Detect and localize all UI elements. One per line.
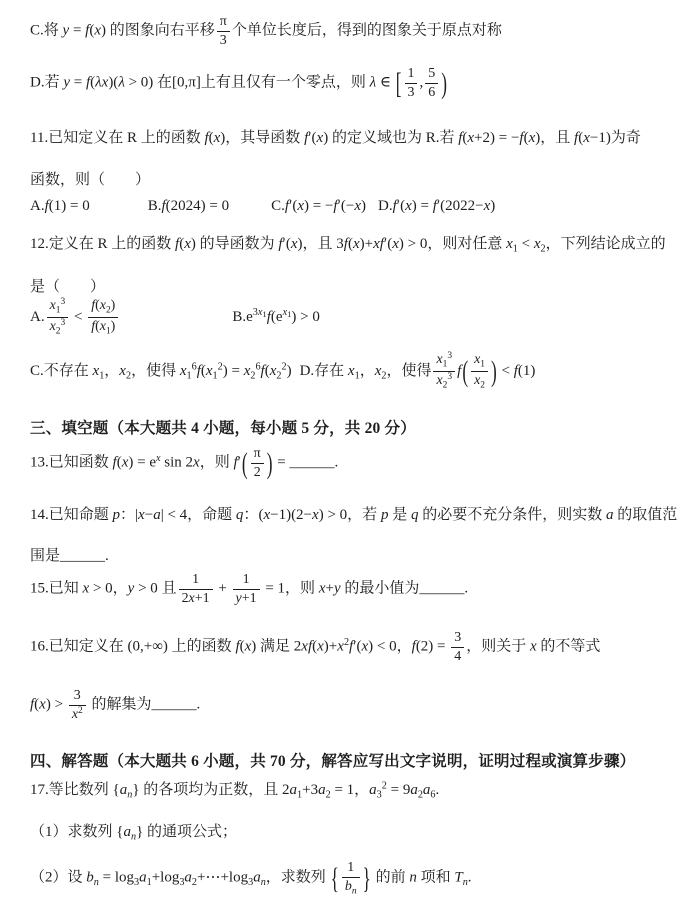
fraction-denominator: x2 [69, 706, 86, 723]
math-run: ′( [384, 236, 392, 252]
math-variable: x [317, 639, 324, 655]
stretch-bracket: [ [396, 68, 402, 97]
math-variable: x [119, 363, 126, 379]
fraction: f(x2)f(x1) [88, 298, 118, 337]
subscript: 2 [443, 381, 448, 391]
text-run: 的取值范 [613, 507, 677, 523]
text-run: ， [104, 363, 119, 379]
text-run: ，且 [303, 236, 337, 252]
text-run: ，命题 [187, 507, 236, 523]
math-run: −1) [590, 130, 611, 146]
text-run: 是（ ） [30, 279, 105, 295]
text-run: 15.已知 [30, 581, 83, 597]
fraction-numerator: π [217, 14, 230, 32]
math-variable: b [86, 870, 94, 886]
text-run: B. [148, 198, 162, 214]
question-11-stem-line-1: 11.已知定义在 R 上的函数 f(x)，其导函数 f′(x) 的定义域也为 R… [30, 128, 641, 148]
math-variable: xf [373, 236, 384, 252]
text-run: （1）求数列 [30, 824, 116, 840]
math-variable: x [337, 639, 344, 655]
text-run: （2）设 [30, 870, 86, 886]
math-run: ) = − [304, 198, 333, 214]
math-run: = 9 [387, 782, 410, 798]
superscript: 3 [61, 318, 66, 328]
text-run: ： [120, 507, 135, 523]
fraction-denominator: x23 [47, 318, 69, 337]
text-run: ，且 [540, 130, 574, 146]
text-run: 在 [153, 75, 172, 91]
math-run: ) > 0 [319, 507, 347, 523]
text-run: B. [232, 309, 246, 325]
math-run: ∈ [376, 75, 395, 91]
math-variable: b [345, 879, 352, 894]
math-variable: x [506, 236, 513, 252]
fraction: 12x+1 [179, 572, 213, 606]
math-run: )+ [360, 236, 373, 252]
math-run: e [276, 309, 283, 325]
math-variable: x [39, 697, 46, 713]
math-run: ) < 0 [368, 639, 396, 655]
text-run: D.存在 [300, 363, 348, 379]
math-run: )+ [324, 639, 337, 655]
fraction-denominator: f(x1) [88, 318, 118, 337]
question-11-stem-line-2: 函数，则（ ） [30, 170, 150, 190]
superscript: 3 [61, 297, 66, 307]
question-13: 13.已知函数 f(x) = ex sin 2x，则 f′(π2) = ____… [30, 446, 338, 480]
math-run: (2) = [416, 639, 449, 655]
text-run: C.不存在 [30, 363, 93, 379]
math-run: > 0 [89, 581, 112, 597]
math-variable: x [530, 639, 537, 655]
math-run: ′( [397, 198, 405, 214]
superscript: 3x1 [253, 307, 267, 318]
math-run: . [468, 870, 472, 886]
math-run: ) = [223, 363, 244, 379]
fraction-numerator: 3 [451, 630, 464, 648]
subscript: n [352, 886, 357, 896]
text-run: 的通项公式； [143, 824, 237, 840]
fraction-denominator: 4 [451, 648, 464, 665]
stretch-bracket: ) [441, 68, 447, 97]
math-variable: x [184, 236, 191, 252]
text-run: ， [354, 782, 369, 798]
fraction: x1x2 [471, 352, 488, 391]
text-run: ，使得 [386, 363, 431, 379]
math-variable: λx [95, 75, 108, 91]
math-run: ′(2022− [437, 198, 484, 214]
section-heading-free-response: 四、解答题（本大题共 6 小题，共 70 分，解答应写出文字说明，证明过程或演算… [30, 752, 635, 773]
text-run: A. [30, 309, 45, 325]
fraction: π3 [217, 14, 230, 48]
fraction-numerator: 1 [233, 572, 260, 590]
math-variable: x [312, 507, 319, 523]
question-17-part-2: （2）设 bn = log3a1+log3a2+⋯+log3an，求数列 {1b… [30, 860, 472, 896]
math-variable: a [153, 507, 161, 523]
stretch-bracket: ( [242, 448, 248, 477]
text-run: 三、填空题（本大题共 4 小题，每小题 5 分，共 20 分） [30, 420, 416, 437]
math-variable: a [123, 824, 131, 840]
math-run: ) = e [128, 455, 156, 471]
question-12-stem-line-2: 是（ ） [30, 277, 105, 297]
math-run: sin 2 [161, 455, 194, 471]
math-variable: x [534, 236, 541, 252]
math-variable: x [94, 23, 101, 39]
stretch-bracket: { [331, 864, 339, 893]
math-run: (1) [518, 363, 536, 379]
math-variable: p [113, 507, 121, 523]
math-run: < [70, 309, 86, 325]
fraction: 3x2 [69, 688, 86, 722]
math-run: ) [111, 319, 116, 334]
math-run: = log [99, 870, 134, 886]
superscript: 2 [78, 706, 83, 716]
fraction-numerator: x13 [433, 352, 455, 372]
math-run: )( [108, 75, 118, 91]
math-run: = [70, 75, 86, 91]
fraction-denominator: x23 [433, 372, 455, 391]
math-run: ′(− [338, 198, 355, 214]
math-run: < [518, 236, 534, 252]
math-run: +2) = − [474, 130, 519, 146]
text-run: 且 [158, 581, 177, 597]
math-variable: x [405, 198, 412, 214]
fraction-numerator: 1 [405, 66, 418, 84]
math-run: ) > [46, 697, 67, 713]
math-variable: a [290, 782, 298, 798]
math-run: +1 [242, 591, 257, 606]
fraction-denominator: 6 [425, 84, 438, 101]
text-run: 个单位长度后，得到的图象关于原点对称 [232, 23, 502, 39]
superscript: 3 [447, 372, 452, 382]
math-run: = 1 [262, 581, 285, 597]
text-run: C.将 [30, 23, 63, 39]
math-run: | < 4 [161, 507, 187, 523]
math-run: ) > 0 [399, 236, 427, 252]
fraction-numerator: 3 [69, 688, 86, 706]
spacer [229, 209, 271, 210]
math-run: 2 [182, 591, 189, 606]
section-heading-fill-in-blank: 三、填空题（本大题共 4 小题，每小题 5 分，共 20 分） [30, 419, 416, 440]
text-run: 上的函数 [168, 639, 236, 655]
math-run: + [215, 581, 231, 597]
math-run: (1) = 0 [49, 198, 90, 214]
math-run: − [145, 507, 153, 523]
text-run: 的必要不充分条件，则实数 [418, 507, 606, 523]
math-run: > 0) [125, 75, 153, 91]
text-run: 的定义域也为 R.若 [328, 130, 458, 146]
fraction-numerator: 5 [425, 66, 438, 84]
text-run: A. [30, 198, 45, 214]
math-run: ) > 0 [291, 309, 319, 325]
math-variable: a [139, 870, 147, 886]
question-14-line-1: 14.已知命题 p：|x−a| < 4，命题 q：(x−1)(2−x) > 0，… [30, 505, 677, 525]
text-run: 四、解答题（本大题共 6 小题，共 70 分，解答应写出文字说明，证明过程或演算… [30, 753, 635, 770]
text-run: 的最小值为______. [341, 581, 469, 597]
math-run: ) [490, 198, 495, 214]
math-run: ) [287, 363, 292, 379]
math-variable: x [348, 363, 355, 379]
question-14-line-2: 围是______. [30, 546, 109, 566]
text-run: 13.已知函数 [30, 455, 113, 471]
math-run: > 0 [134, 581, 157, 597]
text-run: 满足 [256, 639, 294, 655]
text-run: D. [378, 198, 393, 214]
text-run: ，求数列 [266, 870, 330, 886]
question-11-options: A.f(1) = 0B.f(2024) = 0C.f′(x) = −f′(−x)… [30, 196, 495, 216]
fraction-denominator: 3 [405, 84, 418, 101]
text-run: 的不等式 [537, 639, 601, 655]
question-10-option-D: D.若 y = f(λx)(λ > 0) 在[0,π]上有且仅有一个零点，则 λ… [30, 66, 448, 100]
fraction-numerator: π [251, 446, 264, 464]
text-run: ，则关于 [466, 639, 530, 655]
math-variable: n [352, 886, 357, 896]
math-run: ′ [238, 455, 241, 471]
text-run: 14.已知命题 [30, 507, 113, 523]
math-variable: x [353, 236, 360, 252]
text-run: 的导函数为 [196, 236, 279, 252]
text-run: ，若 [347, 507, 381, 523]
math-run: < [498, 363, 514, 379]
text-run: ______. [289, 455, 338, 471]
math-run: +log [152, 870, 180, 886]
fraction-numerator: x1 [471, 352, 488, 372]
math-run: ) = [412, 198, 433, 214]
math-run: } [132, 782, 139, 798]
math-variable: x [193, 455, 200, 471]
text-run: 的解集为______. [88, 697, 201, 713]
math-variable: x [138, 507, 145, 523]
math-variable: a [410, 782, 418, 798]
math-run: = [273, 455, 289, 471]
math-variable: x [583, 130, 590, 146]
math-run: (0,+∞) [128, 639, 168, 655]
fraction: x13x23 [433, 352, 455, 391]
math-variable: a [369, 782, 377, 798]
math-run: ) [111, 298, 116, 313]
text-run: 是 [388, 507, 411, 523]
text-run: 项和 [417, 870, 455, 886]
question-17-stem: 17.等比数列 {an} 的各项均为正数，且 2a1+3a2 = 1，a32 =… [30, 780, 439, 801]
math-run: = 1 [331, 782, 354, 798]
stretch-bracket: ( [462, 357, 468, 386]
text-run: ： [243, 507, 258, 523]
spacer [90, 209, 148, 210]
text-run: ，则 [285, 581, 319, 597]
text-run: 12.定义在 R 上的函数 [30, 236, 175, 252]
fraction: 56 [425, 66, 438, 100]
math-variable: a [184, 870, 192, 886]
text-run: ，下列结论成立的 [546, 236, 666, 252]
math-run: , [419, 75, 423, 91]
fraction: π2 [251, 446, 264, 480]
math-run: +⋯+log [197, 870, 248, 886]
question-12-options-AB: A.x13x23 < f(x2)f(x1)B.e3x1f(ex1) > 0 [30, 298, 320, 337]
text-run: ，则对任意 [427, 236, 506, 252]
superscript: 3 [447, 351, 452, 361]
math-variable: x [392, 236, 399, 252]
math-variable: a [253, 870, 261, 886]
spacer [292, 374, 300, 375]
fraction-denominator: 2 [251, 464, 264, 481]
math-run: ) [361, 198, 366, 214]
fraction: 1bn [342, 860, 360, 896]
fraction: 1y+1 [233, 572, 260, 606]
math-variable: x [291, 236, 298, 252]
math-run: e [246, 309, 253, 325]
text-run: 的各项均为正数，且 [140, 782, 283, 798]
question-16-line-2: f(x) > 3x2 的解集为______. [30, 688, 200, 722]
text-run: 围是______. [30, 548, 109, 564]
fraction-denominator: 3 [217, 32, 230, 49]
question-16-line-1: 16.已知定义在 (0,+∞) 上的函数 f(x) 满足 2xf(x)+x2f′… [30, 630, 600, 664]
text-run: 为奇 [611, 130, 641, 146]
math-variable: x [297, 198, 304, 214]
text-run: 的图象向右平移 [106, 23, 215, 39]
spacer [366, 209, 378, 210]
spacer [120, 320, 232, 321]
math-run: (2024) = 0 [166, 198, 229, 214]
fraction-numerator: 1 [179, 572, 213, 590]
fraction-denominator: 2x+1 [179, 590, 213, 607]
math-run: 3 [336, 236, 344, 252]
text-run: 17.等比数列 [30, 782, 113, 798]
math-run: +3 [302, 782, 318, 798]
subscript: 1 [480, 360, 485, 370]
fraction-numerator: f(x2) [88, 298, 118, 318]
math-run: +1 [195, 591, 210, 606]
math-variable: x [354, 198, 361, 214]
text-run: C. [271, 198, 285, 214]
math-variable: x [180, 363, 187, 379]
math-variable: xf [301, 639, 312, 655]
text-run: ， [360, 363, 375, 379]
question-12-stem-line-1: 12.定义在 R 上的函数 f(x) 的导函数为 f′(x)，且 3f(x)+x… [30, 234, 666, 255]
text-run: 的前 [372, 870, 410, 886]
subscript: 1 [443, 360, 448, 370]
fraction-denominator: x2 [471, 372, 488, 391]
fraction-denominator: y+1 [233, 590, 260, 607]
math-run: 2 [282, 782, 290, 798]
math-run: { [113, 782, 120, 798]
stretch-bracket: } [363, 864, 371, 893]
math-variable: a [318, 782, 326, 798]
math-variable: y [63, 75, 70, 91]
text-run: 16.已知定义在 [30, 639, 128, 655]
text-run: ，使得 [131, 363, 180, 379]
math-run: ′( [283, 236, 291, 252]
fraction-denominator: bn [342, 878, 360, 897]
text-run: 函数，则（ ） [30, 172, 150, 188]
fraction-numerator: x13 [47, 298, 69, 318]
math-run: + [325, 581, 333, 597]
text-run: ， [397, 639, 412, 655]
subscript: 1 [56, 306, 61, 316]
subscript: 2 [480, 380, 485, 390]
math-run: −1)(2− [270, 507, 312, 523]
text-run: ， [113, 581, 128, 597]
math-variable: x [206, 363, 213, 379]
math-run: = [69, 23, 85, 39]
math-run: ′( [308, 130, 316, 146]
text-run: ，则 [200, 455, 234, 471]
question-17-part-1: （1）求数列 {an} 的通项公式； [30, 822, 237, 843]
question-12-options-CD: C.不存在 x1，x2，使得 x16f(x12) = x26f(x22)D.存在… [30, 352, 535, 391]
exam-page: C.将 y = f(x) 的图象向右平移π3个单位长度后，得到的图象关于原点对称… [0, 0, 693, 917]
fraction: 13 [405, 66, 418, 100]
math-variable: T [454, 870, 462, 886]
math-run: [0,π] [172, 75, 201, 91]
text-run: 上有且仅有一个零点，则 [201, 75, 370, 91]
fraction: 34 [451, 630, 464, 664]
math-run: . [436, 782, 440, 798]
stretch-bracket: ) [491, 357, 497, 386]
fraction-numerator: 1 [342, 860, 360, 878]
math-variable: n [409, 870, 417, 886]
text-run: ，其导函数 [225, 130, 304, 146]
question-10-option-C: C.将 y = f(x) 的图象向右平移π3个单位长度后，得到的图象关于原点对称 [30, 14, 502, 48]
question-15: 15.已知 x > 0，y > 0 且12x+1 + 1y+1 = 1，则 x+… [30, 572, 468, 606]
fraction: x13x23 [47, 298, 69, 337]
stretch-bracket: ) [267, 448, 273, 477]
math-variable: y [334, 581, 341, 597]
text-run: D.若 [30, 75, 63, 91]
subscript: 2 [56, 327, 61, 337]
math-variable: f [457, 363, 461, 379]
text-run: 11.已知定义在 R 上的函数 [30, 130, 204, 146]
